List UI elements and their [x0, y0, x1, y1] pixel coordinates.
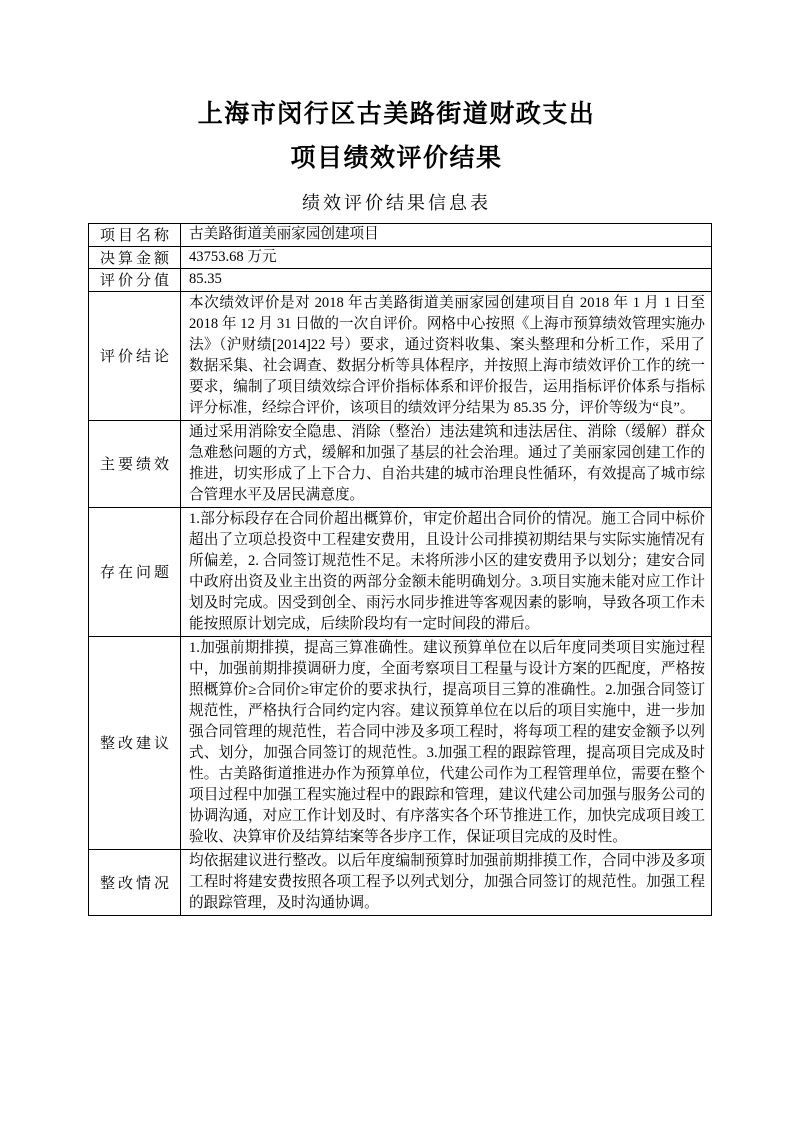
- document-page: 上海市闵行区古美路街道财政支出 项目绩效评价结果 绩效评价结果信息表 项目名称 …: [0, 0, 793, 916]
- table-row-suggestions: 整改建议 1.加强前期排摸，提高三算准确性。建议预算单位在以后年度同类项目实施过…: [89, 636, 712, 849]
- row-label: 主要绩效: [89, 420, 181, 507]
- row-label: 评价结论: [89, 291, 181, 420]
- row-label: 存在问题: [89, 507, 181, 636]
- row-content: 1.部分标段存在合同价超出概算价，审定价超出合同价的情况。施工合同中标价超出了立…: [181, 507, 712, 636]
- row-label: 整改情况: [89, 849, 181, 915]
- row-content: 均依据建议进行整改。以后年度编制预算时加强前期排摸工作，合同中涉及多项工程时将建…: [181, 849, 712, 915]
- row-label: 项目名称: [89, 224, 181, 247]
- row-content: 通过采用消除安全隐患、消除（整治）违法建筑和违法居住、消除（缓解）群众急难愁问题…: [181, 420, 712, 507]
- table-row-project-name: 项目名称 古美路街道美丽家园创建项目: [89, 224, 712, 247]
- row-label: 决算金额: [89, 246, 181, 269]
- table-row-score: 评价分值 85.35: [89, 269, 712, 292]
- evaluation-info-table: 项目名称 古美路街道美丽家园创建项目 决算金额 43753.68 万元 评价分值…: [88, 223, 712, 916]
- row-content: 本次绩效评价是对 2018 年古美路街道美丽家园创建项目自 2018 年 1 月…: [181, 291, 712, 420]
- table-row-final-amount: 决算金额 43753.68 万元: [89, 246, 712, 269]
- document-title: 上海市闵行区古美路街道财政支出 项目绩效评价结果: [0, 100, 793, 174]
- row-label: 整改建议: [89, 636, 181, 849]
- row-content: 1.加强前期排摸，提高三算准确性。建议预算单位在以后年度同类项目实施过程中，加强…: [181, 636, 712, 849]
- title-line-1: 上海市闵行区古美路街道财政支出: [0, 100, 793, 130]
- title-line-2: 项目绩效评价结果: [0, 144, 793, 174]
- table-row-problems: 存在问题 1.部分标段存在合同价超出概算价，审定价超出合同价的情况。施工合同中标…: [89, 507, 712, 636]
- row-content: 85.35: [181, 269, 712, 292]
- table-caption: 绩效评价结果信息表: [0, 189, 793, 215]
- table-row-rectification-status: 整改情况 均依据建议进行整改。以后年度编制预算时加强前期排摸工作，合同中涉及多项…: [89, 849, 712, 915]
- row-content: 古美路街道美丽家园创建项目: [181, 224, 712, 247]
- table-row-main-performance: 主要绩效 通过采用消除安全隐患、消除（整治）违法建筑和违法居住、消除（缓解）群众…: [89, 420, 712, 507]
- row-label: 评价分值: [89, 269, 181, 292]
- row-content: 43753.68 万元: [181, 246, 712, 269]
- table-row-conclusion: 评价结论 本次绩效评价是对 2018 年古美路街道美丽家园创建项目自 2018 …: [89, 291, 712, 420]
